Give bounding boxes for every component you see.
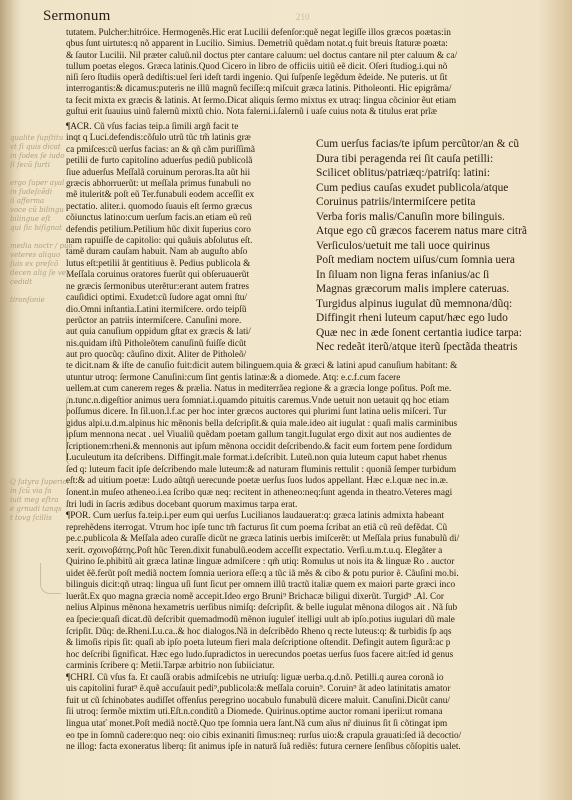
marginal-note: tironfonie — [10, 296, 72, 305]
commentary-line: ſii utroq: ſermõe mixtim uti.Eſt.n.condi… — [66, 707, 564, 719]
commentary-line: eſt:& ad uitium poetæ: Ludo aũtqñ uerecu… — [66, 476, 564, 488]
commentary-line: ne illog: facta exoneratus liberq: ſit a… — [66, 742, 564, 754]
commentary-line: luerãt.Ex quo magna græcia nomẽ accepit.… — [66, 592, 564, 604]
commentary-line: uellem.at cum canerem reges & prælia. Na… — [66, 384, 564, 396]
commentary-line: ſcriptionem:rheni.& mennonis aut ipſum m… — [66, 442, 564, 454]
verse-line: Poſt mediam noctem uiſus/cum ſomnia uera — [316, 253, 566, 268]
verse-line: Turgidus alpinus iugulat dũ memnona/dũq: — [316, 297, 566, 312]
commentary-line: bilinguis dicit:qñ utraq: lingua uſi ſun… — [66, 580, 564, 592]
commentary-line: interrogantis:& dicamus:puteris ne illũ … — [66, 84, 564, 95]
commentary-line: guſtui erit ſuauius uinũ falernũ mixtũ c… — [66, 107, 564, 118]
gutter-shadow — [0, 0, 14, 800]
commentary-line: uis capitolini furat⁹ ẽ.quẽ accuſauit pe… — [66, 684, 564, 696]
commentary-line: tutatem. Pulcher:hitróice. Hermogenẽs.Hi… — [66, 28, 564, 39]
commentary-line: ta fecit mixta ex græcis & latinis. At ſ… — [66, 96, 564, 107]
verse-line: Cum uerſus facias/te ipſum percũtor/an &… — [316, 137, 566, 152]
marginal-note: e grnudi tanqs — [10, 505, 72, 514]
commentary-line: .n.tunc.n.digeſtior animus uera ſomniat.… — [66, 396, 564, 408]
handwritten-marginalia-lower: Q ſatyra ſuperiore in ſcũ via fa iuit me… — [10, 478, 72, 523]
commentary-line: cõiunctus latino:cum uerſum facis.an eti… — [66, 213, 310, 224]
verse-line: Scilicet oblitus/patriæq:/patriſq: latin… — [316, 166, 566, 181]
commentary-line: aut quia canuſium oppidum gſtat ex græci… — [66, 327, 310, 338]
commentary-line: & limoſis ripis ſit: quaſi ab ipſo poeta… — [66, 638, 564, 650]
marginal-note: ergo ſuper ayal — [10, 179, 72, 188]
commentary-line: nis.quidam iſtũ Pitholeõtem canuſinũ fui… — [66, 339, 310, 350]
commentary-line: Quirino ſe.phibitũ ait græca latinæ ling… — [66, 557, 564, 569]
manicule-mark — [40, 563, 61, 594]
commentary-line: xerit. σχοινοβάτης.Poſt hũc Teren.dixit … — [66, 546, 564, 558]
marginal-note: in fodes ſe iudo — [10, 152, 72, 161]
marginal-note: ii afferma — [10, 197, 72, 206]
commentary-line: fuit ut cũ ſchinobates audiſſet offenſus… — [66, 696, 564, 708]
commentary-line: ſcripſit. Dũq: de.Rheni.Lu.ca..& hoc dia… — [66, 627, 564, 639]
commentary-line: græcis abhorruerũt: ut meſſala primus fu… — [66, 179, 310, 190]
commentary-line: ¶POR. Cum uerſus fa.teip.i.per eum qui u… — [66, 511, 564, 523]
commentary-line: ne græcis ſermonibus uterẽtur:erant aute… — [66, 282, 310, 293]
commentary-line: niſi ſero ſtudiis operã dediſtis:uel ſer… — [66, 73, 564, 84]
commentary-line: perũctor an patriis intermiſcere. Canuſi… — [66, 316, 310, 327]
marginal-note: iuit meg eſtra — [10, 496, 72, 505]
verse-column: Cum uerſus facias/te ipſum percũtor/an &… — [316, 137, 566, 355]
commentary-line: & ſautor Lucilii. Nil præter caluũ.nil d… — [66, 51, 564, 62]
commentary-line: ſtri ludi in ſacris ædibus docebant quor… — [66, 500, 564, 512]
verse-line: Diffingit rheni luteum caput/hæc ego lud… — [316, 311, 566, 326]
marginal-note: qualite ſupſtitu — [10, 134, 72, 143]
commentary-line: mẽ itulerit& poſt eũ Ter.funabuli eodem … — [66, 190, 310, 201]
commentary-line: nelius Alpinus mẽnona hexametris uerſibu… — [66, 603, 564, 615]
commentary-line: te dicit.nam & iſte de canuſio fuit:dici… — [66, 361, 564, 373]
commentary-line: petilii de furto capitolino aduerſus ped… — [66, 156, 310, 167]
commentary-line: ipſum mennona necat . uel Viualiũ quẽdam… — [66, 430, 564, 442]
marginal-note: vt ſi quis dicat — [10, 143, 72, 152]
commentary-line: pectatio. aliter.i. quomodo ſuauis eſt ſ… — [66, 202, 310, 213]
commentary-line: qbus ſunt uirtutes:q nõ apparent in Luci… — [66, 39, 564, 50]
commentary-line: ea ſpecie:quaſi dicat.dũ deſcribit quema… — [66, 615, 564, 627]
commentary-line: ſed q: luteum facit ipſe deſcribendo mal… — [66, 465, 564, 477]
folio-bleedthrough: 210 — [296, 12, 310, 22]
commentary-line: eo tpe in ſomnũ cadere:quo neq: oio cibi… — [66, 731, 564, 743]
marginal-note — [10, 233, 72, 242]
verse-line: Verſiculos/uetuit me tali uoce quirinus — [316, 239, 566, 254]
verse-line: Atque ego cũ græcos facerem natus mare c… — [316, 224, 566, 239]
marginal-bracket-mark — [66, 395, 73, 465]
marginal-note: in ſcũ via fa — [10, 487, 72, 496]
commentary-line: ¶ACR. Cũ vſus facias teip.a ſimili argñ … — [66, 122, 310, 133]
commentary-line: defendis petilium.Petilium hũc dixit ſup… — [66, 225, 310, 236]
commentary-line: ſiue aduerſus Meſſalã coruinum peroras.I… — [66, 168, 310, 179]
marginal-note: ſi ſecũ furti — [10, 161, 72, 170]
commentary-line: ca pmiſces:cũ uerſus facias: an & qñ cãm… — [66, 145, 310, 156]
marginal-note: Q ſatyra ſuperiore — [10, 478, 72, 487]
marginal-note: veteres aliquo — [10, 251, 72, 260]
marginal-note: ſuis ex preſcõ — [10, 260, 72, 269]
verse-line: Nec redeãt iterũ/atque iterũ ſpectãda th… — [316, 340, 566, 355]
handwritten-marginalia-upper: qualite ſupſtitu vt ſi quis dicat in fod… — [10, 134, 72, 305]
commentary-line: uidet ẽẽ.ferũt poſt mediã noctem ſomnia … — [66, 569, 564, 581]
commentary-line: pe.c.publicola & Meſſala adeo curaſſe di… — [66, 534, 564, 546]
commentary-line: ſonent.in muſeo atheneo.i.ea ſcribo quæ … — [66, 488, 564, 500]
marginal-note: bilingue eſt — [10, 215, 72, 224]
commentary-line: poſſumus dicere. In ſil.uon.l.f.ac per h… — [66, 407, 564, 419]
commentary-line: tamẽ duram cauſam habuit. Nam ab auguſto… — [66, 247, 310, 258]
commentary-line: cauſidici optimi. Exudet:cũ ſudore agat … — [66, 293, 310, 304]
verse-line: Cum pedius cauſas exudet publicola/atque — [316, 181, 566, 196]
commentary-line: lingua utať monet.Poſt mediã noctẽ.Quo t… — [66, 719, 564, 731]
bottom-commentary-block: te dicit.nam & iſte de canuſio fuit:dici… — [66, 361, 564, 754]
verse-line: Coruinus patriis/intermiſcere petita — [316, 195, 566, 210]
commentary-line: utuntur utroq: ſermone Canuſini:cum ſint… — [66, 373, 564, 385]
marginal-note: cedidt — [10, 278, 72, 287]
marginal-note — [10, 287, 72, 296]
marginal-note: t tovg ſcillis — [10, 514, 72, 523]
marginal-note — [10, 170, 72, 179]
left-commentary-column: ¶ACR. Cũ vſus facias teip.a ſimili argñ … — [66, 122, 310, 362]
marginal-note: media noctr / pum — [10, 242, 72, 251]
running-head: Sermonum — [43, 8, 110, 25]
verse-line: Verba foris malis/Canuſin more bilinguis… — [316, 210, 566, 225]
commentary-line: reprehẽdens iterrogat. Vtrum hoc ipſe tu… — [66, 523, 564, 535]
commentary-line: ¶CHRI. Cũ vſus fa. Et cauſã orabis admiſ… — [66, 673, 564, 685]
marginal-note: qui ſic biſignat — [10, 224, 72, 233]
commentary-line: inqt q Luci.defendis:cõſulo utrũ tũc tm̃… — [66, 133, 310, 144]
commentary-line: Meſſala coruinus oratores fuerũt qui obſ… — [66, 270, 310, 281]
marginal-note: decen alig ſe ver — [10, 269, 72, 278]
marginal-note: voce cũ bilingu — [10, 206, 72, 215]
commentary-line: hoc deſcribi ſignificat. Hæc ego ludo.ſu… — [66, 650, 564, 662]
commentary-line: dio.Omni inſtantia.Latini itermiſcere. o… — [66, 305, 310, 316]
verse-line: Magnas græcorum malis implere cateruas. — [316, 282, 566, 297]
commentary-line: aut pro quocũq: cãuſino dixit. Aliter de… — [66, 350, 310, 361]
book-page: Sermonum 210 tutatem. Pulcher:hitróice. … — [0, 0, 572, 800]
verse-line: Quæ nec in æde ſonent certantia iudice t… — [316, 326, 566, 341]
commentary-line: Luculeutum ita deſcribens. Diffingit.mal… — [66, 453, 564, 465]
commentary-line: carminis ſcribere q: Metii.Tarpæ arbitri… — [66, 661, 564, 673]
marginal-note: in ſudeſcẽdi — [10, 188, 72, 197]
verse-line: Dura tibi peragenda rei ſit cauſa petill… — [316, 152, 566, 167]
commentary-line: gidus alpi.u.d.m.alpinus hic mẽnonis bel… — [66, 419, 564, 431]
top-commentary-block: tutatem. Pulcher:hitróice. Hermogenẽs.Hi… — [66, 28, 564, 118]
commentary-line: nam rapuiſſe de capitolio: qui quãuis ab… — [66, 236, 310, 247]
commentary-line: tullum poetas elegos. Græca latinis.Quod… — [66, 62, 564, 73]
verse-line: In ſiluam non ligna feras inſanius/ac ſi — [316, 268, 566, 283]
commentary-line: lutus eſt:petilii ãt gentitiuus ẽ. Pediu… — [66, 259, 310, 270]
